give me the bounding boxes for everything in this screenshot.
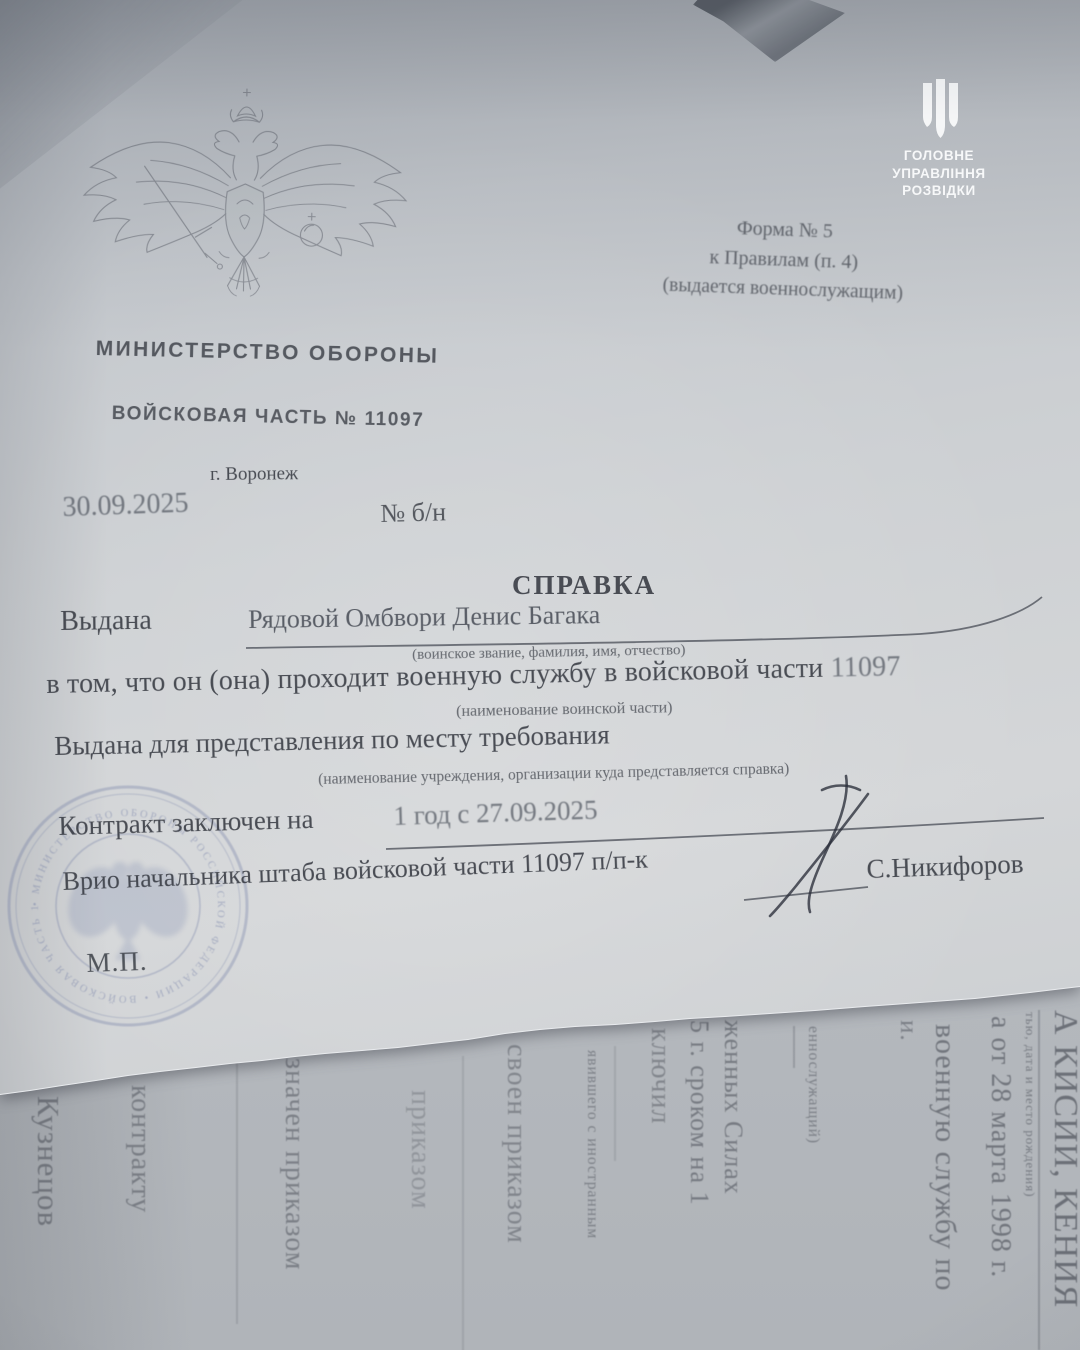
service-caption: (наименование воинской части) [456,699,673,721]
document-date: 30.09.2025 [62,488,189,524]
issued-label: Выдана [60,605,152,638]
document-number: № б/н [380,497,446,529]
ministry-name: МИНИСТЕРСТВО ОБОРОНЫ [95,337,439,369]
military-unit-name: ВОЙСКОВАЯ ЧАСТЬ № 11097 [112,403,425,432]
stamp-place-label: М.П. [86,946,148,979]
ministry-eagle-emblem [70,83,420,321]
serviceman-name: Рядовой Омбвори Денис Багака [248,600,600,635]
city: г. Воронеж [210,463,298,486]
gur-watermark: ГОЛОВНЕ УПРАВЛІННЯ РОЗВІДКИ [858,147,1020,200]
watermark-line: РОЗВІДКИ [858,182,1020,200]
signer-position: Врио начальника штаба войсковой части 11… [62,845,648,897]
signer-name: С.Никифоров [866,849,1024,885]
handwritten-signature [770,776,868,916]
watermark-line: УПРАВЛІННЯ [858,165,1020,183]
contract-value: 1 год с 27.09.2025 [393,795,598,832]
certificate-paper-surface: • МИНИСТЕРСТВО ОБОРОНЫ РОССИЙСКОЙ ФЕДЕРА… [0,0,1080,1350]
purpose-caption: (наименование учреждения, организации ку… [318,760,789,789]
document-photo: Кузнецовконтрактузначен приказомприказом… [0,0,1080,1350]
purpose-line: Выдана для представления по месту требов… [54,719,610,762]
certificate-paper: • МИНИСТЕРСТВО ОБОРОНЫ РОССИЙСКОЙ ФЕДЕРА… [0,0,1080,1350]
unit-number-value: 11097 [830,651,901,683]
contract-label: Контракт заключен на [58,804,314,842]
certificate-title: СПРАВКА [512,570,656,601]
trident-icon [916,77,962,141]
watermark-line: ГОЛОВНЕ [858,147,1020,165]
form-header: Форма № 5 к Правилам (п. 4) (выдается во… [645,210,923,310]
signature-underline [744,887,868,900]
